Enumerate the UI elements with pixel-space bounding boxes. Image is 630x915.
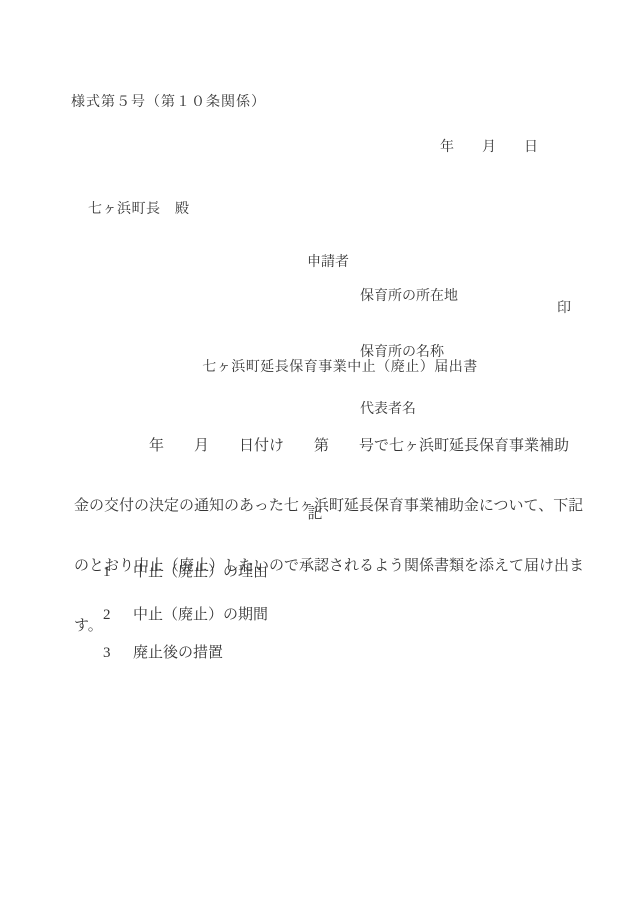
applicant-label: 申請者	[307, 255, 349, 272]
list-item-text: 廃止後の措置	[133, 645, 223, 661]
date-blank-line: 年 月 日	[440, 140, 538, 157]
document-title: 七ヶ浜町延長保育事業中止（廃止）届出書	[0, 360, 630, 377]
body-line: 年 月 日付け 第 号で七ヶ浜町延長保育事業補助	[74, 438, 584, 462]
list-item-text: 中止（廃止）の理由	[133, 564, 268, 580]
list-item-text: 中止（廃止）の期間	[133, 607, 268, 623]
record-mark: 記	[0, 505, 630, 523]
form-number: 様式第５号（第１０条関係）	[71, 95, 266, 112]
applicant-field-address: 保育所の所在地	[360, 289, 458, 312]
document-page: 様式第５号（第１０条関係） 年 月 日 七ヶ浜町長 殿 申請者 保育所の所在地 …	[0, 0, 630, 915]
addressee: 七ヶ浜町長 殿	[88, 202, 190, 219]
list-item-number: 1	[103, 563, 133, 581]
seal-mark: 印	[557, 301, 571, 318]
list-item-3: 3廃止後の措置	[88, 626, 223, 680]
list-item-number: 3	[103, 644, 133, 662]
list-item-number: 2	[103, 606, 133, 624]
